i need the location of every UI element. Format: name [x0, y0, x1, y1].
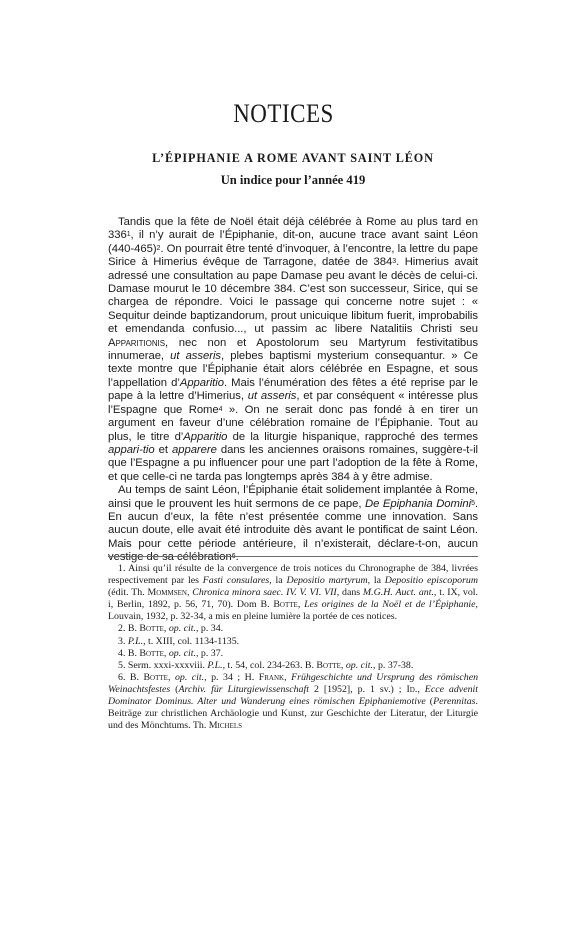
- footnote-1: 1. Ainsi qu’il résulte de la convergence…: [108, 563, 478, 623]
- footnote-6: 6. B. Botte, op. cit., p. 34 ; H. Frank,…: [108, 672, 478, 732]
- footnote-ref-5[interactable]: 5: [471, 500, 475, 507]
- footnote-3: 3. P.L., t. XIII, col. 1134-1135.: [108, 636, 478, 648]
- article-heading: L’ÉPIPHANIE A ROME AVANT SAINT LÉON: [108, 151, 478, 166]
- paragraph-2: Au temps de saint Léon, l’Épiphanie étai…: [108, 484, 478, 564]
- footnote-2: 2. B. Botte, op. cit., p. 34.: [108, 623, 478, 635]
- footnote-ref-3[interactable]: 3: [392, 258, 396, 265]
- footnote-ref-1[interactable]: 1: [127, 231, 131, 238]
- article-body: Tandis que la fête de Noël était déjà cé…: [108, 216, 478, 565]
- paragraph-1: Tandis que la fête de Noël était déjà cé…: [108, 216, 478, 484]
- footnote-ref-2[interactable]: 2: [157, 245, 161, 252]
- page-title: NOTICES: [0, 99, 567, 129]
- footnote-4: 4. B. Botte, op. cit., p. 37.: [108, 648, 478, 660]
- footnotes: 1. Ainsi qu’il résulte de la convergence…: [108, 563, 478, 732]
- footnote-divider: [108, 556, 478, 557]
- footnote-5: 5. Serm. xxxi-xxxviii. P.L., t. 54, col.…: [108, 660, 478, 672]
- article-subtitle: Un indice pour l’année 419: [108, 173, 478, 188]
- footnote-ref-4[interactable]: 4: [219, 406, 223, 413]
